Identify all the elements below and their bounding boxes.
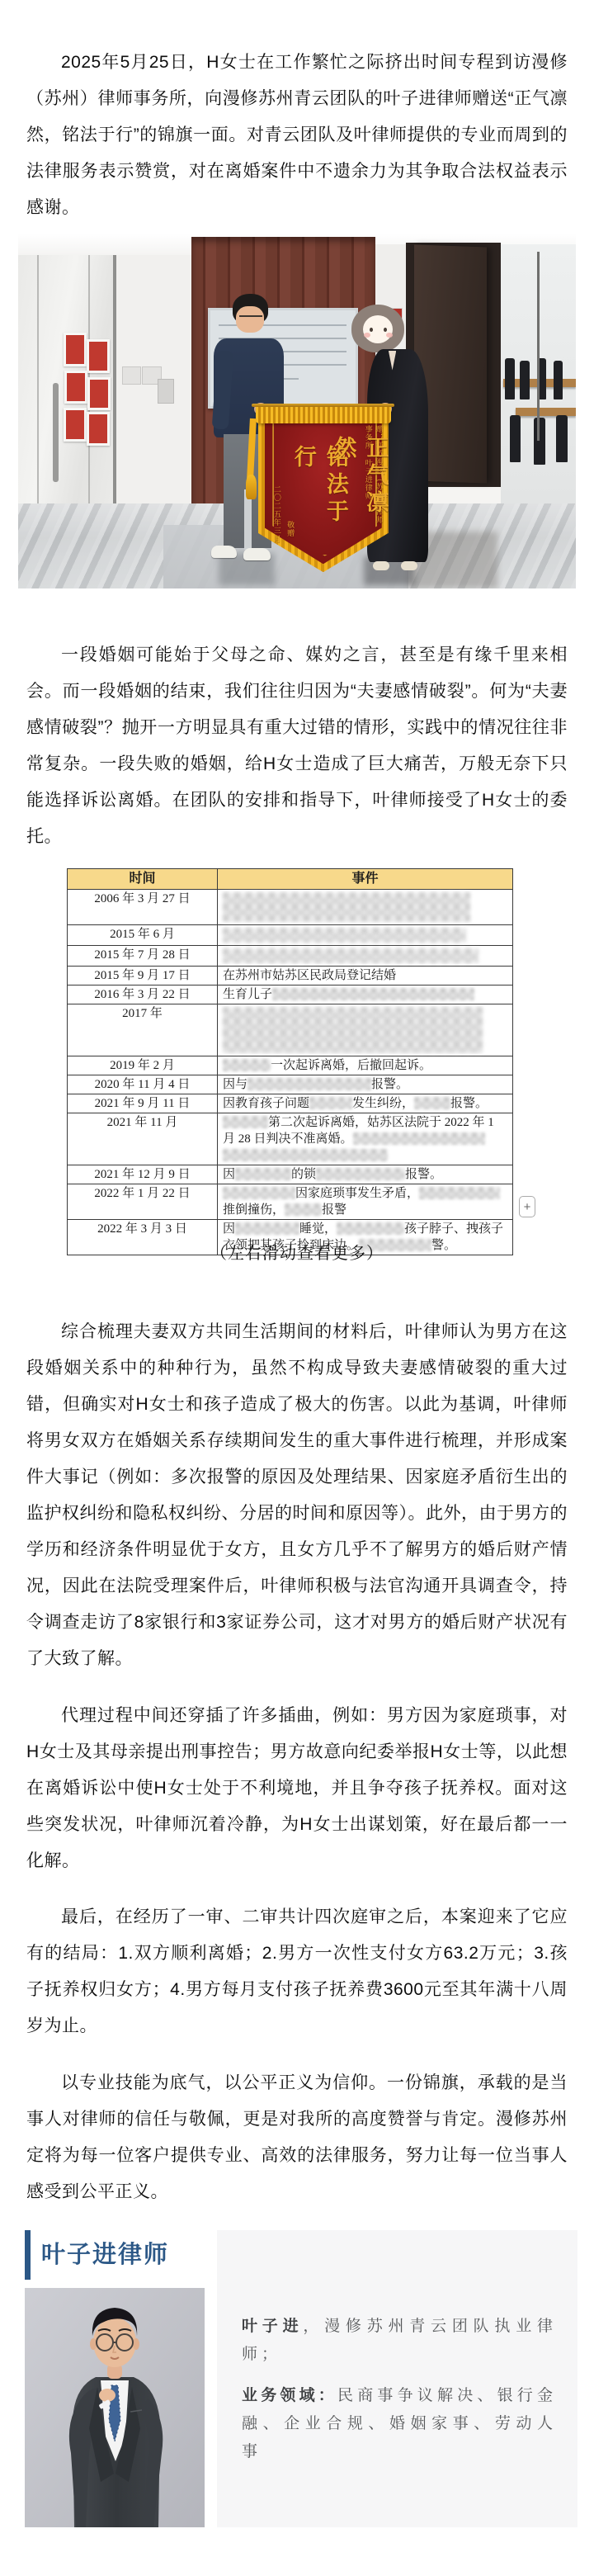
event-description: 因的锁报警。: [218, 1165, 513, 1184]
expand-table-button[interactable]: +: [519, 1196, 535, 1217]
event-description: [218, 925, 513, 946]
redacted-text: [353, 1132, 485, 1145]
event-description: 第二次起诉离婚，姑苏区法院于 2022 年 1 月 28 日判决不准离婚。: [218, 1113, 513, 1165]
table-header-0: 时间: [68, 869, 218, 890]
redacted-text: [235, 1168, 291, 1180]
meeting-room-glass-wall: [501, 244, 576, 503]
paragraph-marriage: 一段婚姻可能始于父母之命、媒妁之言，甚至是有缘千里来相会。而一段婚姻的结束，我们…: [26, 637, 568, 855]
redacted-text: [309, 1097, 352, 1109]
profile-text: 叶子进，漫修苏州青云团队执业律师； 业务领域：民商事争议解决、银行金融、企业合规…: [242, 2313, 557, 2479]
table-row: 2015 年 6 月: [68, 925, 513, 946]
paragraph-closing: 以专业技能为底气，以公平正义为信仰。一份锦旗，承载的是当事人对律师的信任与敬佩，…: [26, 2065, 568, 2210]
event-description: 生育儿子: [218, 985, 513, 1004]
table-row: 2022 年 1 月 22 日因家庭琐事发生矛盾，推倒撞伤，报警: [68, 1184, 513, 1220]
table-row: 2019 年 2 月一次起诉离婚，后撤回起诉。: [68, 1056, 513, 1075]
table-row: 2021 年 12 月 9 日因的锁报警。: [68, 1165, 513, 1184]
profile-fields: 业务领域：民商事争议解决、银行金融、企业合规、婚姻家事、劳动人事: [242, 2382, 557, 2466]
profile-panel: 叶子进，漫修苏州青云团队执业律师； 业务领域：民商事争议解决、银行金融、企业合规…: [217, 2230, 577, 2527]
redacted-text: [235, 1222, 299, 1235]
event-description: [218, 946, 513, 967]
event-time: 2016 年 3 月 22 日: [68, 985, 218, 1004]
redacted-text: [337, 1222, 404, 1235]
redacted-block: [223, 928, 466, 943]
event-time: 2022 年 1 月 22 日: [68, 1184, 218, 1220]
table-row: 2015 年 7 月 28 日: [68, 946, 513, 967]
banner-date: 二〇二五年三月: [271, 485, 282, 549]
table-row: 2015 年 9 月 17 日在苏州市姑苏区民政局登记结婚: [68, 967, 513, 985]
event-time: 2021 年 12 月 9 日: [68, 1165, 218, 1184]
redacted-block: [223, 1007, 483, 1053]
redacted-text: [223, 1116, 268, 1128]
redacted-block: [223, 948, 478, 963]
redacted-text: [285, 1203, 322, 1216]
access-panel: [158, 379, 174, 404]
paragraph-analysis: 综合梳理夫妻双方共同生活期间的材料后，叶律师认为男方在这段婚姻关系中的种种行为，…: [26, 1314, 568, 1677]
event-time: 2015 年 6 月: [68, 925, 218, 946]
timeline-table: 时间事件 2006 年 3 月 27 日2015 年 6 月2015 年 7 月…: [67, 868, 513, 1255]
redacted-text: [223, 1149, 388, 1161]
banner-sign: 敬赠: [285, 521, 295, 549]
paragraph-result: 最后，在经历了一审、二审共计四次庭审之后，本案迎来了它应有的结局：1.双方顺利离…: [26, 1899, 568, 2044]
paragraph-episodes: 代理过程中间还穿插了许多插曲，例如：男方因为家庭琐事，对H女士及其母亲提出刑事控…: [26, 1698, 568, 1879]
redacted-text: [272, 988, 474, 1000]
table-header-1: 事件: [218, 869, 513, 890]
event-time: 2021 年 9 月 11 日: [68, 1094, 218, 1113]
event-description: 因教育孩子问题发生纠纷，报警。: [218, 1094, 513, 1113]
lawyer-portrait-photo: [25, 2288, 205, 2527]
event-time: 2019 年 2 月: [68, 1056, 218, 1075]
table-row: 2021 年 11 月第二次起诉离婚，姑苏区法院于 2022 年 1 月 28 …: [68, 1113, 513, 1165]
event-time: 2021 年 11 月: [68, 1113, 218, 1165]
redacted-text: [223, 1059, 271, 1071]
profile-accent-bar: [25, 2230, 31, 2280]
event-description: 一次起诉离婚，后撤回起诉。: [218, 1056, 513, 1075]
profile-intro: 叶子进，漫修苏州青云团队执业律师；: [242, 2313, 557, 2369]
timeline-table-scroll[interactable]: 时间事件 2006 年 3 月 27 日2015 年 6 月2015 年 7 月…: [67, 868, 513, 1255]
paragraph-intro: 2025年5月25日，H女士在工作繁忙之际挤出时间专程到访漫修（苏州）律师事务所…: [26, 45, 568, 226]
event-time: 2020 年 11 月 4 日: [68, 1075, 218, 1094]
article-page: 2025年5月25日，H女士在工作繁忙之际挤出时间专程到访漫修（苏州）律师事务所…: [0, 0, 594, 2576]
event-time: 2017 年: [68, 1004, 218, 1056]
banner-main-left: 铭法于行: [287, 445, 351, 537]
redacted-text: [414, 1097, 450, 1109]
table-row: 2021 年 9 月 11 日因教育孩子问题发生纠纷，报警。: [68, 1094, 513, 1113]
redacted-text: [223, 1187, 295, 1199]
event-description: 因与报警。: [218, 1075, 513, 1094]
event-description: [218, 1004, 513, 1056]
event-time: 2015 年 7 月 28 日: [68, 946, 218, 967]
event-description: [218, 890, 513, 925]
redacted-text: [316, 1168, 405, 1180]
glasses: [239, 315, 262, 323]
profile-title: 叶子进律师: [41, 2230, 169, 2280]
table-row: 2020 年 11 月 4 日因与报警。: [68, 1075, 513, 1094]
door-handle: [53, 383, 59, 482]
swipe-hint: （左右滑动查看更多）: [0, 1240, 594, 1264]
event-description: 因家庭琐事发生矛盾，推倒撞伤，报警: [218, 1184, 513, 1220]
red-photo-wall: [64, 333, 106, 442]
event-time: 2006 年 3 月 27 日: [68, 890, 218, 925]
redacted-block: [223, 892, 470, 922]
redacted-text: [419, 1187, 500, 1199]
table-row: 2006 年 3 月 27 日: [68, 890, 513, 925]
event-description: 在苏州市姑苏区民政局登记结婚: [218, 967, 513, 985]
table-row: 2016 年 3 月 22 日生育儿子: [68, 985, 513, 1004]
redacted-text: [247, 1078, 371, 1090]
event-time: 2015 年 9 月 17 日: [68, 967, 218, 985]
table-row: 2017 年: [68, 1004, 513, 1056]
banner-presentation-photo: 赠：江苏漫修（苏州）律师事务所 叶子进律师 正气凛然 铭法于行 二〇二五年三月 …: [18, 234, 576, 588]
light-switch: [122, 366, 142, 385]
